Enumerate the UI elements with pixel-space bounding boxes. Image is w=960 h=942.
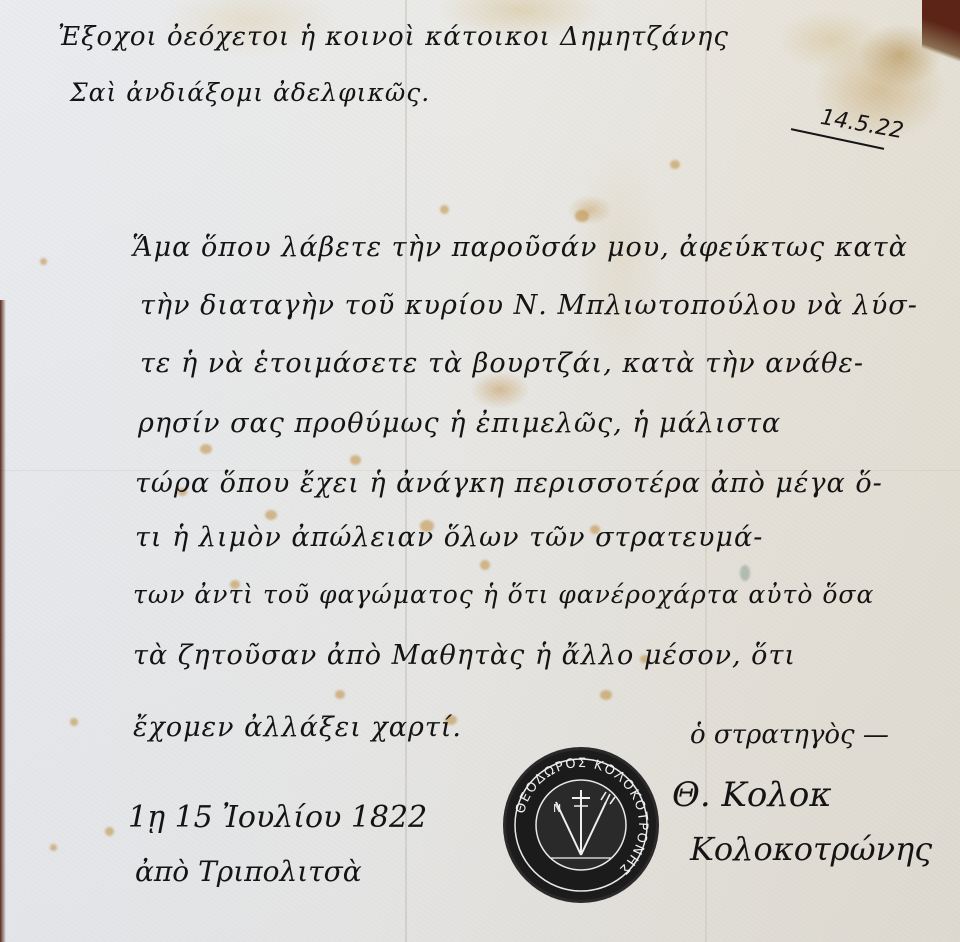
foxing-spot	[350, 455, 361, 465]
signature-title: ὁ στρατηγὸς —	[690, 720, 889, 750]
body-line: τώρα ὅπου ἔχει ἡ ἀνάγκη περισσοτέρα ἀπὸ …	[135, 468, 883, 499]
wax-seal: ΘΕΟΔΩΡΟΣ ΚΟΛΟΚΟΤΡΟΝΗΣ N	[506, 750, 656, 900]
salutation-line-2: Σαὶ ἀνδιάξομι ἀδελφικῶς.	[70, 78, 430, 107]
body-line: τὰ ζητοῦσαν ἀπὸ Μαθητὰς ἡ ἄλλο μέσον, ὅτ…	[133, 640, 796, 671]
closing-place: ἀπὸ Τριπολιτσὰ	[135, 855, 362, 888]
body-line: των ἀντὶ τοῦ φαγώματος ἡ ὅτι φανέροχάρτα…	[133, 580, 874, 609]
foxing-spot	[600, 690, 612, 700]
foxing-spot	[70, 718, 78, 726]
foxing-spot	[480, 560, 490, 570]
svg-text:N: N	[553, 802, 561, 815]
closing-date: 1ῃ 15 Ἰουλίου 1822	[128, 800, 427, 835]
body-line: ρησίν σας προθύμως ἡ ἐπιμελῶς, ἡ μάλιστα	[138, 408, 781, 439]
signature-initials: Θ. Κολοκ	[672, 775, 832, 815]
salutation-line-1: Ἐξοχοι ὀεόχετοι ἡ κοινοὶ κάτοικοι Δημητζ…	[58, 22, 729, 52]
body-line: τι ἡ λιμὸν ἀπώλειαν ὅλων τῶν στρατευμά-	[135, 522, 763, 553]
foxing-spot	[440, 205, 449, 214]
letter-page: Ἐξοχοι ὀεόχετοι ἡ κοινοὶ κάτοικοι Δημητζ…	[0, 0, 960, 942]
torn-left-edge	[0, 300, 6, 942]
foxing-spot	[265, 510, 277, 520]
foxing-spot	[335, 690, 345, 699]
foxing-spot	[740, 565, 750, 581]
body-line: τε ἡ νὰ ἑτοιμάσετε τὰ βουρτζάι, κατὰ τὴν…	[140, 348, 864, 379]
seal-emblem-icon: ΘΕΟΔΩΡΟΣ ΚΟΛΟΚΟΤΡΟΝΗΣ N	[506, 750, 656, 900]
body-line: Ἅμα ὅπου λάβετε τὴν παροῦσάν μου, ἀφεύκτ…	[132, 232, 908, 263]
body-line: τὴν διαταγὴν τοῦ κυρίου Ν. Μπλιωτοπούλου…	[140, 290, 918, 321]
signature-name: Κολοκοτρώνης	[690, 830, 932, 868]
foxing-spot	[50, 844, 57, 851]
torn-corner	[922, 0, 960, 90]
foxing-spot	[40, 258, 47, 265]
body-line: ἔχομεν ἀλλάξει χαρτί.	[133, 712, 462, 743]
foxing-spot	[670, 160, 680, 169]
foxing-spot	[105, 827, 114, 836]
foxing-spot	[575, 210, 589, 222]
foxing-spot	[200, 444, 212, 454]
